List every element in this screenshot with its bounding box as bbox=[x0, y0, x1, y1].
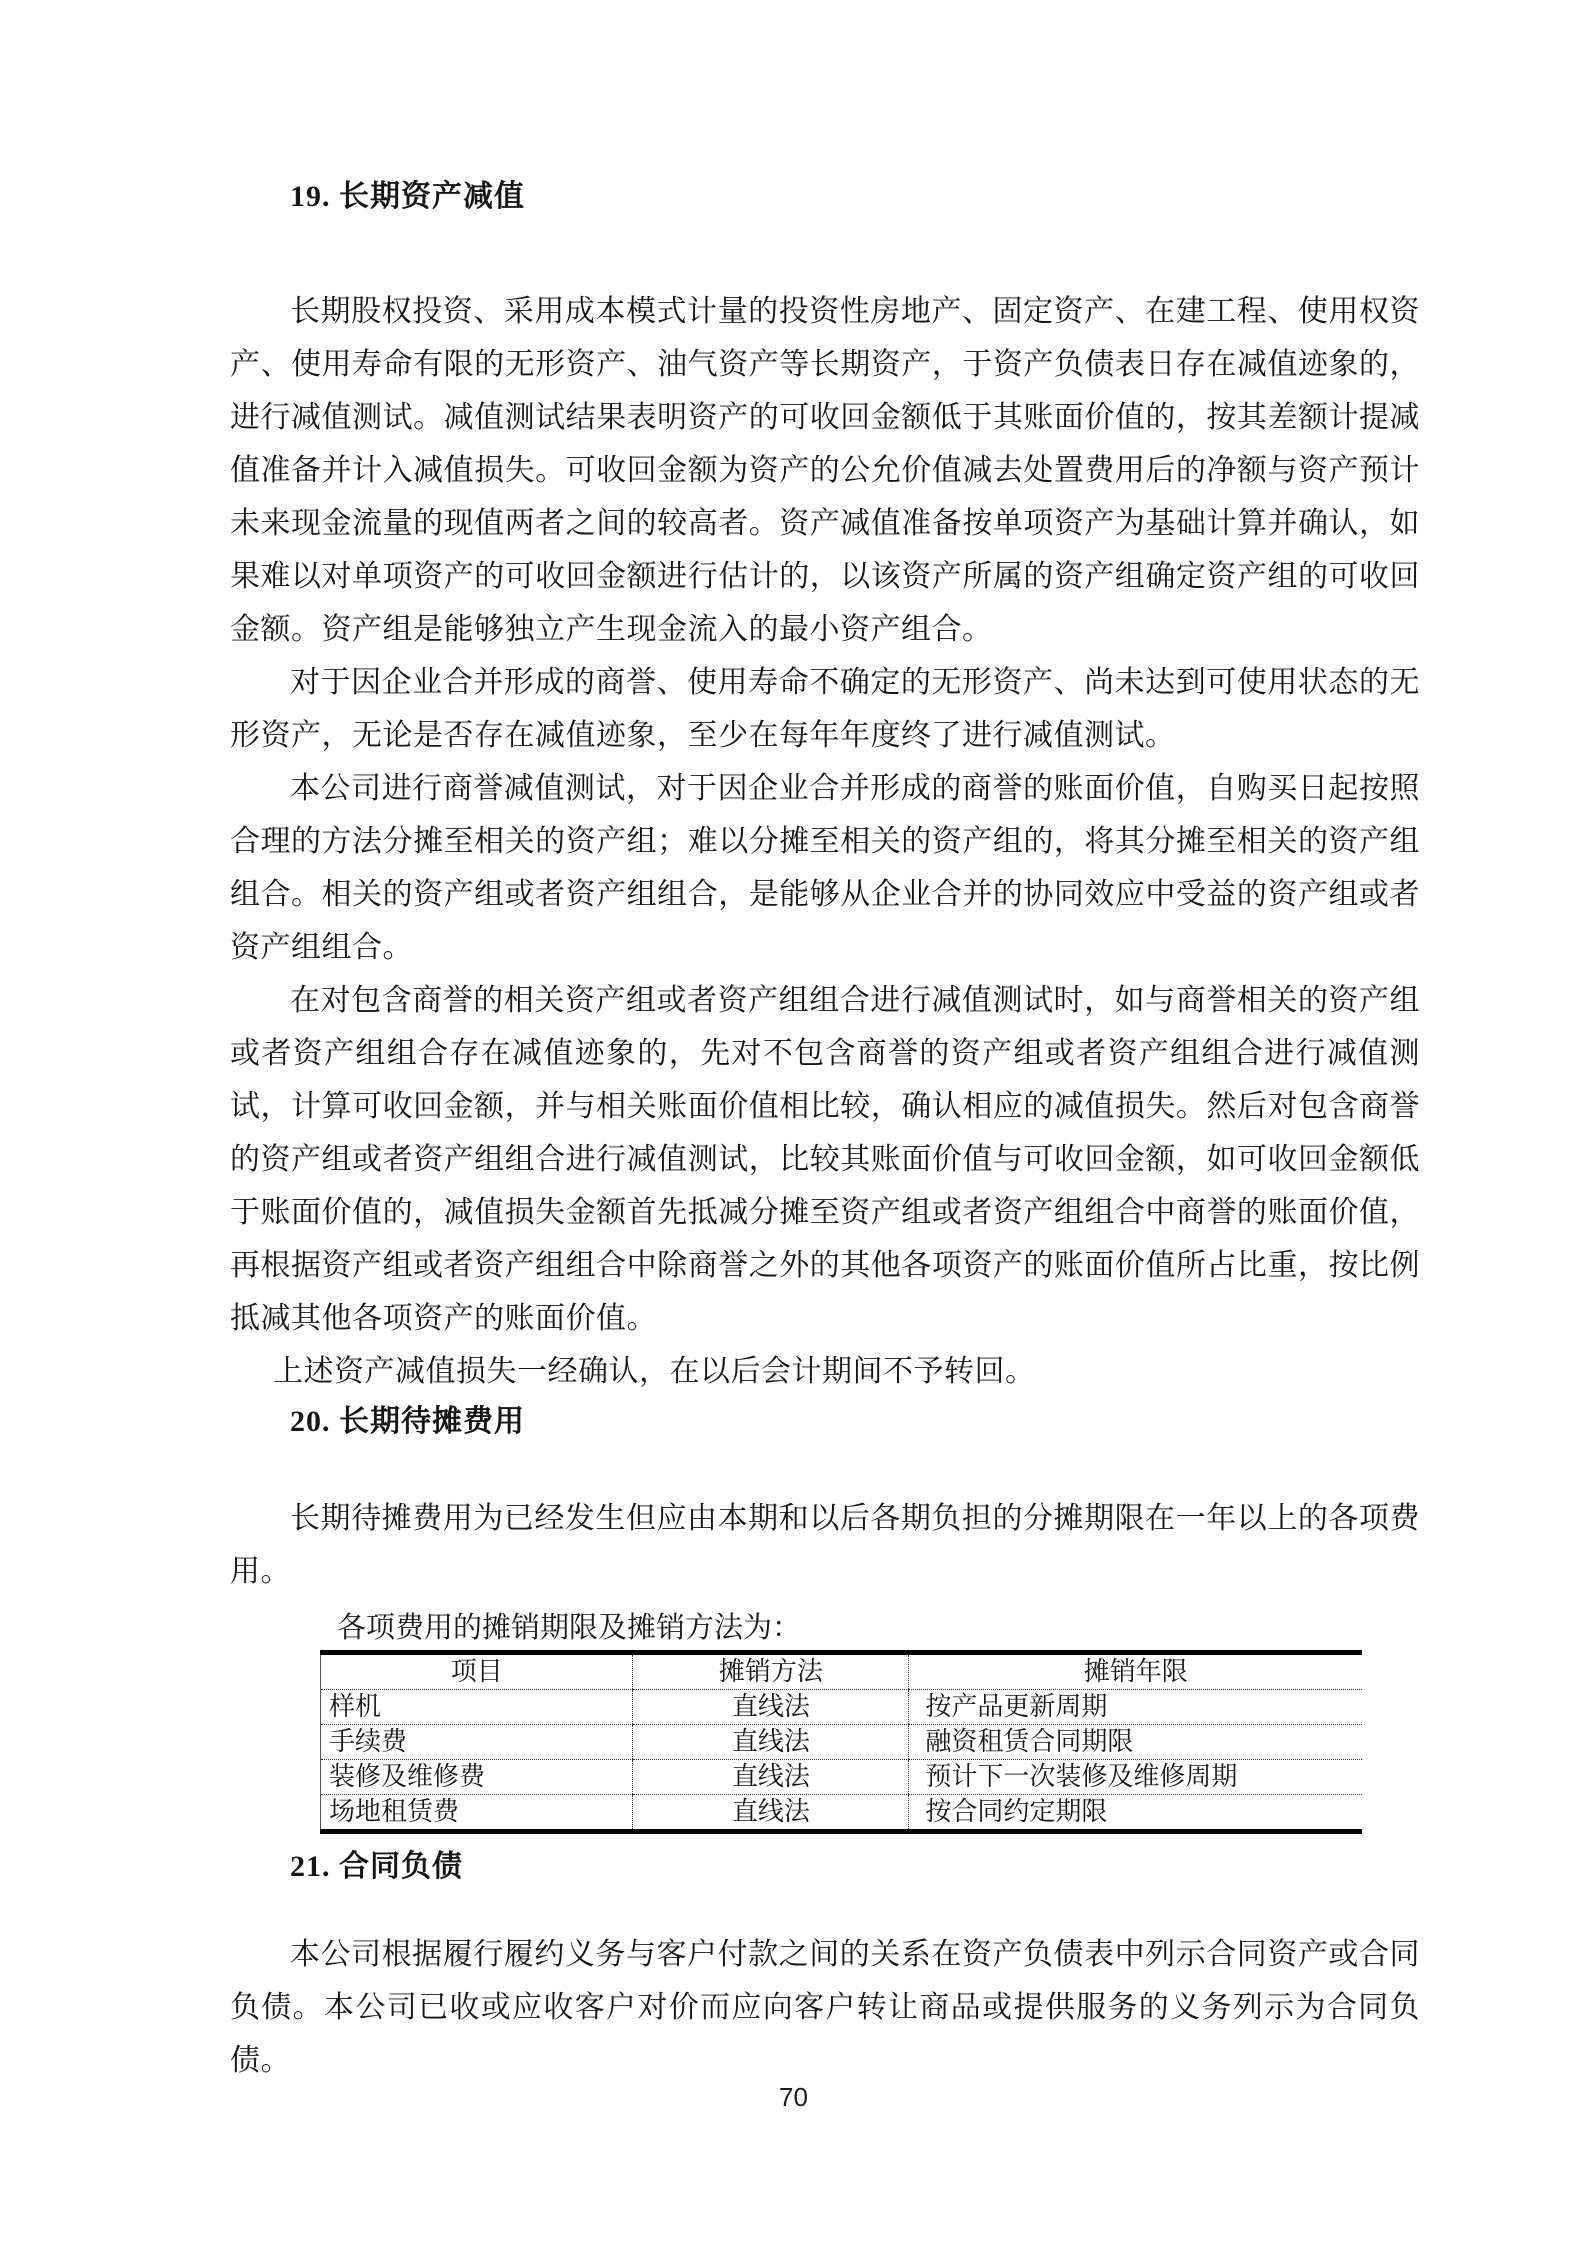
cell-item: 样机 bbox=[321, 1690, 633, 1725]
amortization-table-block: 项目 摊销方法 摊销年限 样机 直线法 按产品更新周期 手续费 直线法 融资租赁… bbox=[230, 1650, 1420, 1834]
cell-item: 手续费 bbox=[321, 1725, 633, 1760]
table-row: 装修及维修费 直线法 预计下一次装修及维修周期 bbox=[321, 1760, 1363, 1795]
table-row: 样机 直线法 按产品更新周期 bbox=[321, 1690, 1363, 1725]
amortization-table-intro: 各项费用的摊销期限及摊销方法为： bbox=[230, 1608, 1420, 1648]
section-19-heading: 19. 长期资产减值 bbox=[230, 175, 1420, 219]
goodwill-allocation-paragraph: 本公司进行商誉减值测试，对于因企业合并形成的商誉的账面价值，自购买日起按照合理的… bbox=[230, 762, 1420, 974]
cell-method: 直线法 bbox=[633, 1725, 909, 1760]
section-20-body: 长期待摊费用为已经发生但应由本期和以后各期负担的分摊期限在一年以上的各项费用。 bbox=[230, 1492, 1420, 1598]
cell-period: 按产品更新周期 bbox=[909, 1690, 1362, 1725]
contract-liability-paragraph: 本公司根据履行履约义务与客户付款之间的关系在资产负债表中列示合同资产或合同负债。… bbox=[230, 1928, 1420, 2087]
cell-method: 直线法 bbox=[633, 1760, 909, 1795]
page-number: 70 bbox=[0, 2082, 1587, 2113]
annual-impairment-test-paragraph: 对于因企业合并形成的商誉、使用寿命不确定的无形资产、尚未达到可使用状态的无形资产… bbox=[230, 656, 1420, 762]
cell-item: 场地租赁费 bbox=[321, 1795, 633, 1832]
table-row: 场地租赁费 直线法 按合同约定期限 bbox=[321, 1795, 1363, 1832]
section-20-heading: 20. 长期待摊费用 bbox=[230, 1400, 1420, 1444]
cell-period: 融资租赁合同期限 bbox=[909, 1725, 1362, 1760]
cell-period: 预计下一次装修及维修周期 bbox=[909, 1760, 1362, 1795]
amortization-table-header-row: 项目 摊销方法 摊销年限 bbox=[321, 1653, 1363, 1690]
cell-item: 装修及维修费 bbox=[321, 1760, 633, 1795]
section-21-heading: 21. 合同负债 bbox=[230, 1845, 1420, 1889]
header-cell-period: 摊销年限 bbox=[909, 1653, 1362, 1690]
amortization-table: 项目 摊销方法 摊销年限 样机 直线法 按产品更新周期 手续费 直线法 融资租赁… bbox=[320, 1650, 1362, 1834]
table-row: 手续费 直线法 融资租赁合同期限 bbox=[321, 1725, 1363, 1760]
section-19-body: 长期股权投资、采用成本模式计量的投资性房地产、固定资产、在建工程、使用权资产、使… bbox=[230, 285, 1420, 1398]
impairment-no-reversal-paragraph: 上述资产减值损失一经确认，在以后会计期间不予转回。 bbox=[230, 1345, 1420, 1398]
header-cell-method: 摊销方法 bbox=[633, 1653, 909, 1690]
document-page: 19. 长期资产减值 长期股权投资、采用成本模式计量的投资性房地产、固定资产、在… bbox=[0, 0, 1587, 2245]
deferred-expense-paragraph: 长期待摊费用为已经发生但应由本期和以后各期负担的分摊期限在一年以上的各项费用。 bbox=[230, 1492, 1420, 1598]
goodwill-impairment-test-paragraph: 在对包含商誉的相关资产组或者资产组组合进行减值测试时，如与商誉相关的资产组或者资… bbox=[230, 974, 1420, 1345]
impairment-scope-paragraph: 长期股权投资、采用成本模式计量的投资性房地产、固定资产、在建工程、使用权资产、使… bbox=[230, 285, 1420, 656]
cell-method: 直线法 bbox=[633, 1795, 909, 1832]
section-21-body: 本公司根据履行履约义务与客户付款之间的关系在资产负债表中列示合同资产或合同负债。… bbox=[230, 1928, 1420, 2087]
cell-period: 按合同约定期限 bbox=[909, 1795, 1362, 1832]
header-cell-item: 项目 bbox=[321, 1653, 633, 1690]
cell-method: 直线法 bbox=[633, 1690, 909, 1725]
